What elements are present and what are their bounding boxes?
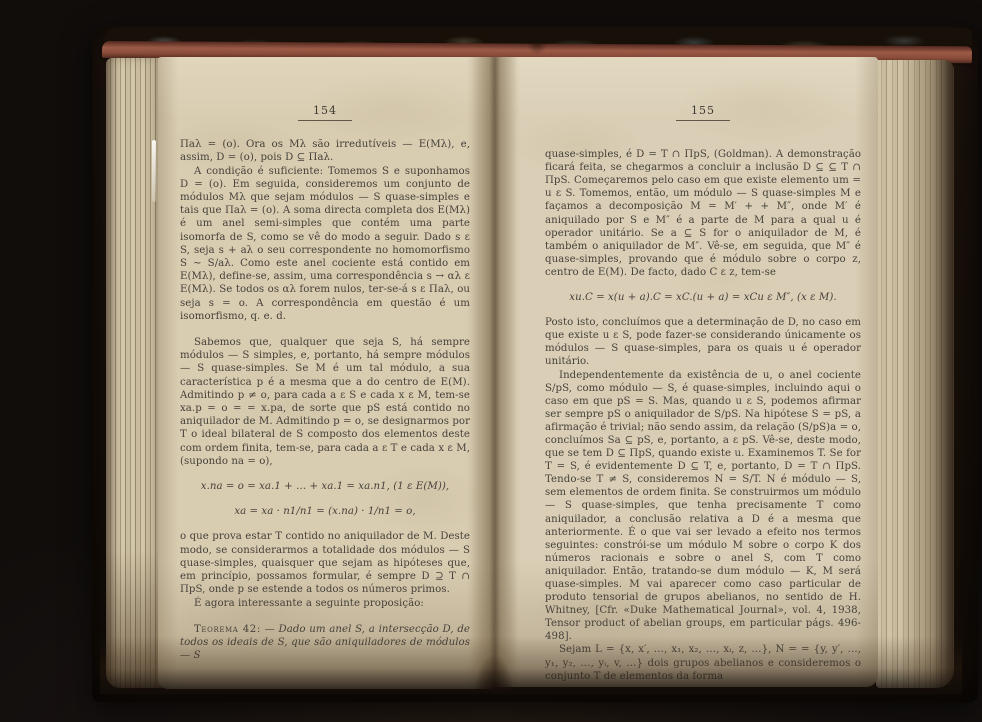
paragraph: É agora interessante a seguinte proposiç… xyxy=(180,597,470,610)
display-formula: xa = xa · n1/n1 = (x.na) · 1/n1 = o, xyxy=(180,505,470,518)
paragraph: Independentemente da existência de u, o … xyxy=(545,369,861,644)
theorem-label: Teorema 42: xyxy=(194,624,261,635)
display-formula: x.na = o = xa.1 + … + xa.1 = xa.n1, (1 ε… xyxy=(180,480,470,493)
page-edge-highlight xyxy=(152,140,156,202)
paragraph: Sejam L = {x, x′, …, x₁, x₂, …, xᵢ, z, …… xyxy=(545,643,861,682)
paragraph: Posto isto, concluímos que a determinaçã… xyxy=(545,316,861,368)
page-number-label: 155 xyxy=(676,104,730,121)
page-number-154: 154 xyxy=(180,104,470,121)
right-page-text: 155 quase-simples, é D = T ∩ ΠpS, (Goldm… xyxy=(545,104,861,683)
page-number-155: 155 xyxy=(545,104,861,121)
book-photo: 154 Πaλ = (o). Ora os Mλ são irredutívei… xyxy=(0,0,982,722)
page-number-label: 154 xyxy=(298,104,352,121)
theorem-42: Teorema 42: — Dado um anel S, a intersec… xyxy=(180,623,470,663)
left-page-text: 154 Πaλ = (o). Ora os Mλ são irredutívei… xyxy=(180,104,470,662)
paragraph: Sabemos que, qualquer que seja S, há sem… xyxy=(180,336,470,468)
right-fore-edge-stack xyxy=(876,60,954,688)
paragraph: A condição é suficiente: Tomemos S e sup… xyxy=(180,165,470,323)
paragraph: o que prova estar T contido no aniquilad… xyxy=(180,530,470,596)
paragraph: quase-simples, é D = T ∩ ΠpS, (Goldman).… xyxy=(545,148,861,279)
display-formula: xu.C = x(u + a).C = xC.(u + a) = xCu ε M… xyxy=(545,291,861,304)
paragraph: Πaλ = (o). Ora os Mλ são irredutíveis — … xyxy=(180,138,470,164)
